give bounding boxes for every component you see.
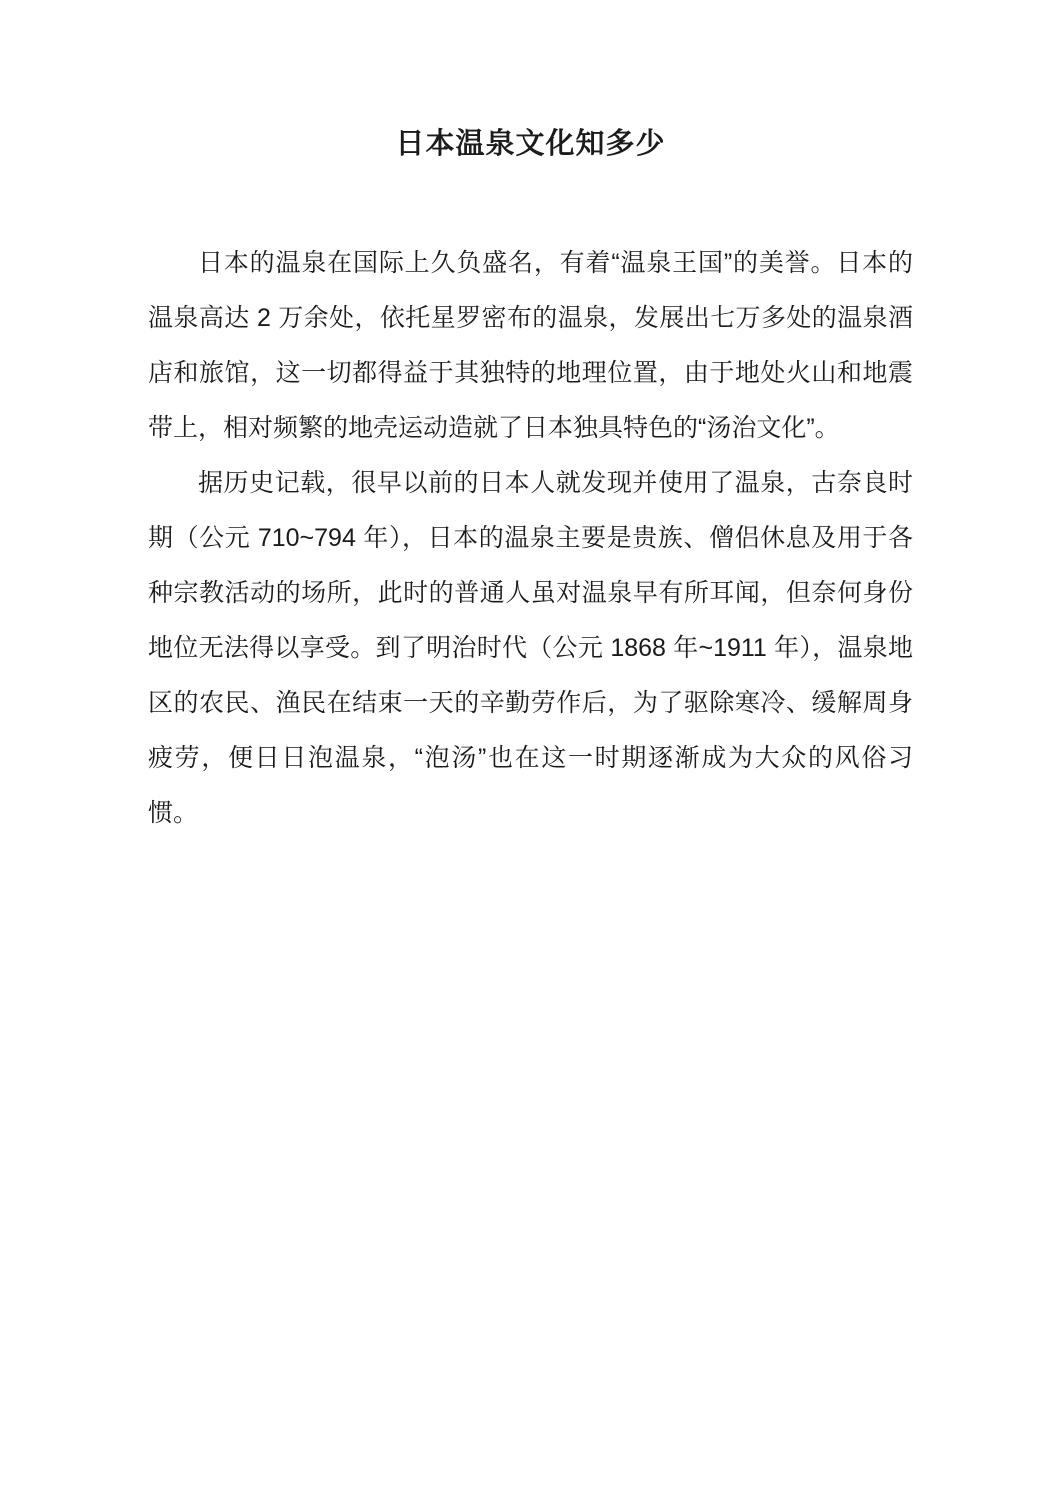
paragraph-2: 据历史记载，很早以前的日本人就发现并使用了温泉，古奈良时期（公元 710~794… xyxy=(148,456,913,841)
document-title: 日本温泉文化知多少 xyxy=(148,126,913,162)
document-content: 日本温泉文化知多少 日本的温泉在国际上久负盛名，有着“温泉王国”的美誉。日本的温… xyxy=(0,0,1059,841)
document-body: 日本的温泉在国际上久负盛名，有着“温泉王国”的美誉。日本的温泉高达 2 万余处，… xyxy=(148,236,913,841)
paragraph-1: 日本的温泉在国际上久负盛名，有着“温泉王国”的美誉。日本的温泉高达 2 万余处，… xyxy=(148,236,913,456)
document-page: 日本温泉文化知多少 日本的温泉在国际上久负盛名，有着“温泉王国”的美誉。日本的温… xyxy=(0,0,1059,1497)
